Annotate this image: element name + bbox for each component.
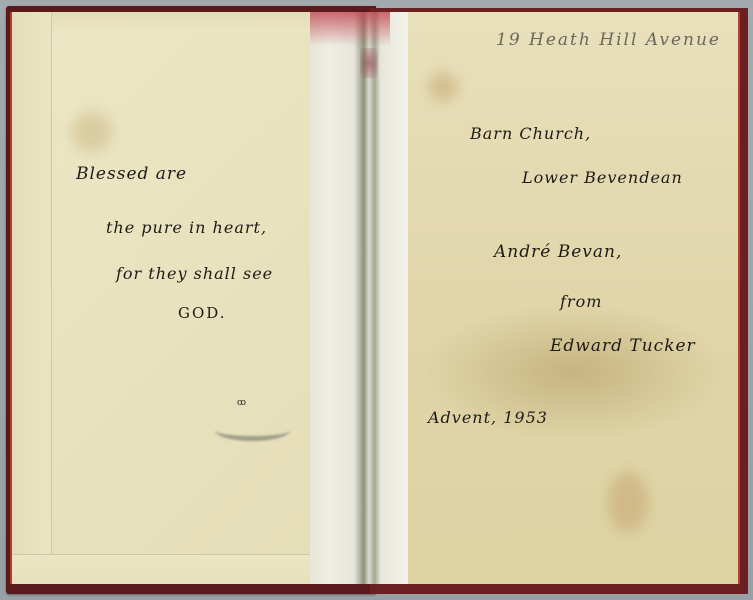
top-turn-in xyxy=(52,12,312,32)
dedication-recipient: André Bevan, xyxy=(494,242,622,262)
inscription-line-4: GOD. xyxy=(178,304,227,322)
left-turn-in xyxy=(12,12,52,584)
stain xyxy=(72,112,112,152)
ink-smudge xyxy=(215,420,290,441)
small-mark: ꝏ xyxy=(237,398,246,408)
stain xyxy=(608,472,648,532)
dedication-place-2: Lower Bevendean xyxy=(522,168,683,187)
spine-mark xyxy=(360,48,378,78)
pencil-address: 19 Heath Hill Avenue xyxy=(496,30,721,50)
dedication-from: from xyxy=(560,292,602,311)
left-endpaper xyxy=(10,12,312,584)
spine-red-stain xyxy=(310,12,390,46)
spine-cloth-hinge xyxy=(310,12,408,584)
dedication-giver: Edward Tucker xyxy=(550,336,696,356)
dedication-place-1: Barn Church, xyxy=(470,124,591,143)
dedication-date: Advent, 1953 xyxy=(428,408,548,427)
inscription-line-3: for they shall see xyxy=(116,264,273,283)
stain xyxy=(428,72,458,102)
inscription-line-1: Blessed are xyxy=(76,164,187,184)
inscription-line-2: the pure in heart, xyxy=(106,218,267,237)
bottom-turn-in xyxy=(12,554,312,584)
